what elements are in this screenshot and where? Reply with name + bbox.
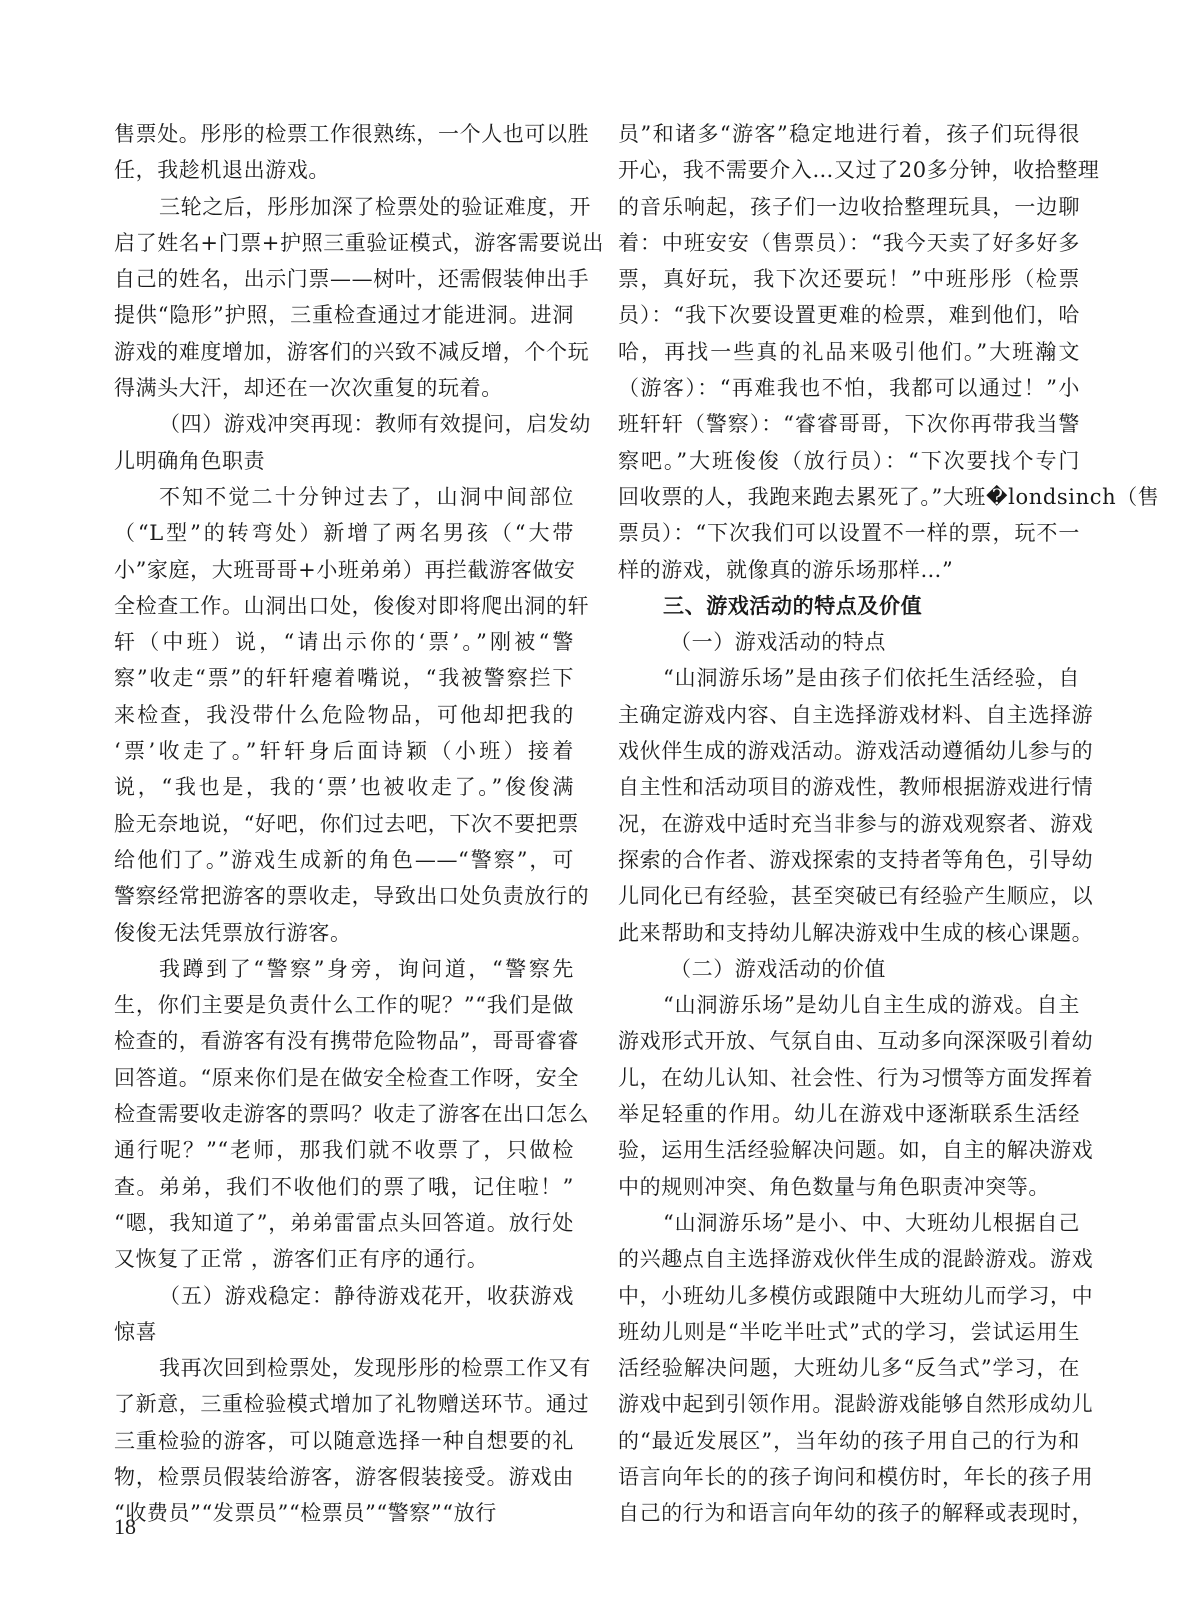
paragraph: 员”和诸多“游客”稳定地进行着，孩子们玩得很开心，我不需要介入…又过了20多分钟… — [618, 116, 1080, 588]
text-line: 提供“隐形”护照，三重检查通过才能进洞。进洞 — [114, 297, 574, 333]
text-line: 启了姓名+门票+护照三重验证模式，游客需要说出 — [114, 225, 574, 261]
text-line: 了新意，三重检验模式增加了礼物赠送环节。通过 — [114, 1386, 574, 1422]
paragraph: 三轮之后，彤彤加深了检票处的验证难度，开启了姓名+门票+护照三重验证模式，游客需… — [114, 189, 574, 407]
text-line: 儿，在幼儿认知、社会性、行为习惯等方面发挥着 — [618, 1060, 1080, 1096]
text-line: 来检查，我没带什么危险物品，可他却把我的 — [114, 697, 574, 733]
paragraph: 售票处。彤彤的检票工作很熟练，一个人也可以胜任，我趁机退出游戏。 — [114, 116, 574, 189]
text-line: 三重检验的游客，可以随意选择一种自想要的礼 — [114, 1423, 574, 1459]
paragraph: “山洞游乐场”是幼儿自主生成的游戏。自主游戏形式开放、气氛自由、互动多向深深吸引… — [618, 987, 1080, 1205]
text-line: 自主性和活动项目的游戏性，教师根据游戏进行情 — [618, 769, 1080, 805]
text-line: 班轩轩（警察）：“睿睿哥哥，下次你再带我当警 — [618, 406, 1080, 442]
text-line: 任，我趁机退出游戏。 — [114, 152, 574, 188]
text-line: 回收票的人，我跑来跑去累死了。”大班�londsinch（售 — [618, 479, 1080, 515]
text-line: 着：中班安安（售票员）：“我今天卖了好多好多 — [618, 225, 1080, 261]
text-line: 此来帮助和支持幼儿解决游戏中生成的核心课题。 — [618, 915, 1080, 951]
text-line: 班幼儿则是“半吃半吐式”式的学习，尝试运用生 — [618, 1314, 1080, 1350]
text-line: “山洞游乐场”是小、中、大班幼儿根据自己 — [618, 1205, 1080, 1241]
text-line: 票员）：“下次我们可以设置不一样的票，玩不一 — [618, 515, 1080, 551]
text-line: 不知不觉二十分钟过去了，山洞中间部位 — [114, 479, 574, 515]
paragraph: “山洞游乐场”是小、中、大班幼儿根据自己的兴趣点自主选择游戏伙伴生成的混龄游戏。… — [618, 1205, 1080, 1532]
text-line: 中，小班幼儿多模仿或跟随中大班幼儿而学习，中 — [618, 1278, 1080, 1314]
text-line: （五）游戏稳定：静待游戏花开，收获游戏 — [114, 1278, 574, 1314]
right-column: 员”和诸多“游客”稳定地进行着，孩子们玩得很开心，我不需要介入…又过了20多分钟… — [618, 116, 1080, 1532]
text-line: 票，真好玩，我下次还要玩！”中班彤彤（检票 — [618, 261, 1080, 297]
text-line: 验，运用生活经验解决问题。如，自主的解决游戏 — [618, 1132, 1080, 1168]
text-line: 戏伙伴生成的游戏活动。游戏活动遵循幼儿参与的 — [618, 733, 1080, 769]
text-line: 的音乐响起，孩子们一边收拾整理玩具，一边聊 — [618, 189, 1080, 225]
text-line: 说，“我也是，我的‘票’也被收走了。”俊俊满 — [114, 769, 574, 805]
text-line: 检查需要收走游客的票吗？收走了游客在出口怎么 — [114, 1096, 574, 1132]
text-line: 员”和诸多“游客”稳定地进行着，孩子们玩得很 — [618, 116, 1080, 152]
text-line: （二）游戏活动的价值 — [618, 951, 1080, 987]
text-line: 售票处。彤彤的检票工作很熟练，一个人也可以胜 — [114, 116, 574, 152]
text-line: 自己的姓名，出示门票——树叶，还需假装伸出手 — [114, 261, 574, 297]
text-line: 察”收走“票”的轩轩瘪着嘴说，“我被警察拦下 — [114, 660, 574, 696]
text-line: （“L型”的转弯处）新增了两名男孩（“大带 — [114, 515, 574, 551]
text-line: 自己的行为和语言向年幼的孩子的解释或表现时， — [618, 1495, 1080, 1531]
section-heading: 三、游戏活动的特点及价值 — [618, 588, 1080, 624]
text-line: 况，在游戏中适时充当非参与的游戏观察者、游戏 — [618, 806, 1080, 842]
subsection-heading: （一）游戏活动的特点 — [618, 624, 1080, 660]
text-line: 我蹲到了“警察”身旁，询问道，“警察先 — [114, 951, 574, 987]
text-line: 开心，我不需要介入…又过了20多分钟，收拾整理 — [618, 152, 1080, 188]
left-column: 售票处。彤彤的检票工作很熟练，一个人也可以胜任，我趁机退出游戏。三轮之后，彤彤加… — [114, 116, 574, 1532]
text-line: 回答道。“原来你们是在做安全检查工作呀，安全 — [114, 1060, 574, 1096]
text-line: 轩（中班）说，“请出示你的‘票’。”刚被“警 — [114, 624, 574, 660]
paragraph: “山洞游乐场”是由孩子们依托生活经验，自主确定游戏内容、自主选择游戏材料、自主选… — [618, 660, 1080, 950]
text-line: 察吧。”大班俊俊（放行员）：“下次要找个专门 — [618, 443, 1080, 479]
text-line: 三轮之后，彤彤加深了检票处的验证难度，开 — [114, 189, 574, 225]
text-line: 给他们了。”游戏生成新的角色——“警察”，可 — [114, 842, 574, 878]
text-line: 三、游戏活动的特点及价值 — [618, 588, 1080, 624]
text-line: 员）：“我下次要设置更难的检票，难到他们，哈 — [618, 297, 1080, 333]
text-line: 的“最近发展区”，当年幼的孩子用自己的行为和 — [618, 1423, 1080, 1459]
text-line: 样的游戏，就像真的游乐场那样…” — [618, 552, 1080, 588]
text-line: 小”家庭，大班哥哥+小班弟弟）再拦截游客做安 — [114, 552, 574, 588]
text-line: 全检查工作。山洞出口处，俊俊对即将爬出洞的轩 — [114, 588, 574, 624]
text-line: 又恢复了正常 ，游客们正有序的通行。 — [114, 1241, 574, 1277]
text-line: 得满头大汗，却还在一次次重复的玩着。 — [114, 370, 574, 406]
text-line: “收费员”“发票员”“检票员”“警察”“放行 — [114, 1495, 574, 1531]
paragraph: 我再次回到检票处，发现彤彤的检票工作又有了新意，三重检验模式增加了礼物赠送环节。… — [114, 1350, 574, 1531]
text-line: 我再次回到检票处，发现彤彤的检票工作又有 — [114, 1350, 574, 1386]
text-line: 脸无奈地说，“好吧，你们过去吧，下次不要把票 — [114, 806, 574, 842]
subsection-heading: （四）游戏冲突再现：教师有效提问，启发幼儿明确角色职责 — [114, 406, 574, 479]
text-line: “山洞游乐场”是幼儿自主生成的游戏。自主 — [618, 987, 1080, 1023]
text-line: 通行呢？”“老师，那我们就不收票了，只做检 — [114, 1132, 574, 1168]
text-line: 的兴趣点自主选择游戏伙伴生成的混龄游戏。游戏 — [618, 1241, 1080, 1277]
text-line: 查。弟弟，我们不收他们的票了哦，记住啦！” — [114, 1169, 574, 1205]
text-line: （一）游戏活动的特点 — [618, 624, 1080, 660]
paragraph: 我蹲到了“警察”身旁，询问道，“警察先生，你们主要是负责什么工作的呢？”“我们是… — [114, 951, 574, 1278]
text-line: “嗯，我知道了”，弟弟雷雷点头回答道。放行处 — [114, 1205, 574, 1241]
text-line: 检查的，看游客有没有携带危险物品”，哥哥睿睿 — [114, 1023, 574, 1059]
text-line: 惊喜 — [114, 1314, 574, 1350]
text-line: 游戏的难度增加，游客们的兴致不减反增，个个玩 — [114, 334, 574, 370]
text-line: 儿同化已有经验，甚至突破已有经验产生顺应，以 — [618, 878, 1080, 914]
text-line: 生，你们主要是负责什么工作的呢？”“我们是做 — [114, 987, 574, 1023]
text-line: 活经验解决问题，大班幼儿多“反刍式”学习，在 — [618, 1350, 1080, 1386]
paragraph: 不知不觉二十分钟过去了，山洞中间部位（“L型”的转弯处）新增了两名男孩（“大带小… — [114, 479, 574, 951]
text-line: “山洞游乐场”是由孩子们依托生活经验，自 — [618, 660, 1080, 696]
subsection-heading: （五）游戏稳定：静待游戏花开，收获游戏惊喜 — [114, 1278, 574, 1351]
text-line: 俊俊无法凭票放行游客。 — [114, 915, 574, 951]
text-line: 举足轻重的作用。幼儿在游戏中逐渐联系生活经 — [618, 1096, 1080, 1132]
text-line: ‘票’收走了。”轩轩身后面诗颖（小班）接着 — [114, 733, 574, 769]
text-line: 警察经常把游客的票收走，导致出口处负责放行的 — [114, 878, 574, 914]
text-line: 哈，再找一些真的礼品来吸引他们。”大班瀚文 — [618, 334, 1080, 370]
text-line: 主确定游戏内容、自主选择游戏材料、自主选择游 — [618, 697, 1080, 733]
text-line: 物，检票员假装给游客，游客假装接受。游戏由 — [114, 1459, 574, 1495]
text-line: 中的规则冲突、角色数量与角色职责冲突等。 — [618, 1169, 1080, 1205]
text-line: 游戏形式开放、气氛自由、互动多向深深吸引着幼 — [618, 1023, 1080, 1059]
text-line: （四）游戏冲突再现：教师有效提问，启发幼 — [114, 406, 574, 442]
text-line: （游客）：“再难我也不怕，我都可以通过！”小 — [618, 370, 1080, 406]
text-line: 语言向年长的的孩子询问和模仿时，年长的孩子用 — [618, 1459, 1080, 1495]
text-line: 儿明确角色职责 — [114, 443, 574, 479]
text-line: 探索的合作者、游戏探索的支持者等角色，引导幼 — [618, 842, 1080, 878]
subsection-heading: （二）游戏活动的价值 — [618, 951, 1080, 987]
page-number: 18 — [114, 1514, 136, 1540]
text-line: 游戏中起到引领作用。混龄游戏能够自然形成幼儿 — [618, 1386, 1080, 1422]
